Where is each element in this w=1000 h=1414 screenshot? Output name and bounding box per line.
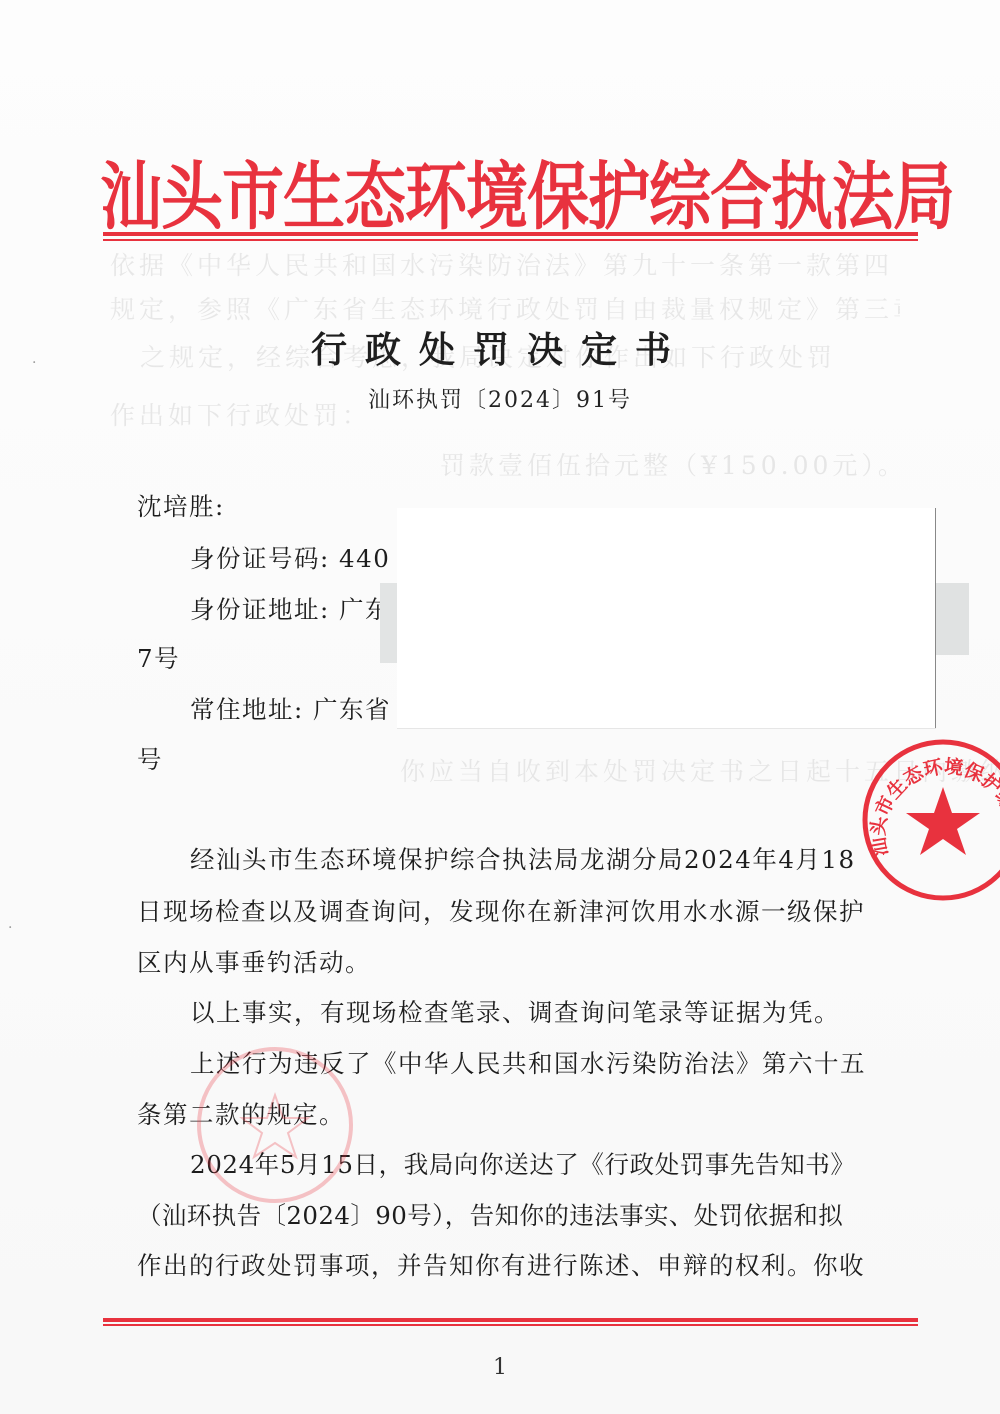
recipient-id-address: 身份证地址: 广东 (190, 591, 391, 626)
recipient-id-number: 身份证号码: 440 (190, 540, 390, 575)
scan-speck: · (8, 920, 12, 936)
bleed-through-text: 罚款壹佰伍拾元整（¥150.00元）。 (440, 446, 1000, 482)
body-p4-line3: 作出的行政处罚事项，并告知你有进行陈述、申辩的权利。你收 (137, 1247, 865, 1282)
redaction-shadow (380, 583, 398, 663)
footer-rule-thin (103, 1324, 918, 1326)
bleed-through-text: 依据《中华人民共和国水污染防治法》第九十一条第一款第四 (110, 246, 900, 282)
scan-speck: · (32, 355, 36, 371)
faint-seal-impression (190, 1040, 360, 1210)
official-seal: 汕头市生态环境保护综合执法局 (858, 735, 1000, 905)
header-rule-thick (103, 232, 918, 236)
agency-header: 汕头市生态环境保护综合执法局 (100, 138, 920, 243)
redaction-box (397, 508, 936, 728)
recipient-id-address-cont: 7号 (137, 640, 180, 675)
body-p1-line1: 经汕头市生态环境保护综合执法局龙湖分局2024年4月18 (190, 841, 856, 876)
page-number: 1 (0, 1355, 1000, 1380)
bleed-through-text: 规定，参照《广东省生态环境行政处罚自由裁量权规定》第三章 (110, 290, 900, 326)
body-p1-line2: 日现场检查以及调查询问，发现你在新津河饮用水水源一级保护 (137, 893, 865, 928)
footer-rule-thick (103, 1318, 918, 1322)
document-page: 依据《中华人民共和国水污染防治法》第九十一条第一款第四 规定，参照《广东省生态环… (0, 0, 1000, 1414)
document-title: 行政处罚决定书 (0, 322, 1000, 373)
body-p2-line1: 以上事实，有现场检查笔录、调查询问笔录等证据为凭。 (190, 994, 840, 1029)
redaction-shadow (935, 583, 969, 655)
recipient-residence-cont: 号 (137, 741, 163, 776)
document-number: 汕环执罚〔2024〕91号 (0, 383, 1000, 414)
header-rule-thin (103, 239, 918, 241)
recipient-residence: 常住地址: 广东省 (190, 691, 391, 726)
star-icon (906, 787, 980, 855)
recipient-name: 沈培胜: (137, 488, 225, 523)
body-p1-line3: 区内从事垂钓活动。 (137, 944, 371, 979)
